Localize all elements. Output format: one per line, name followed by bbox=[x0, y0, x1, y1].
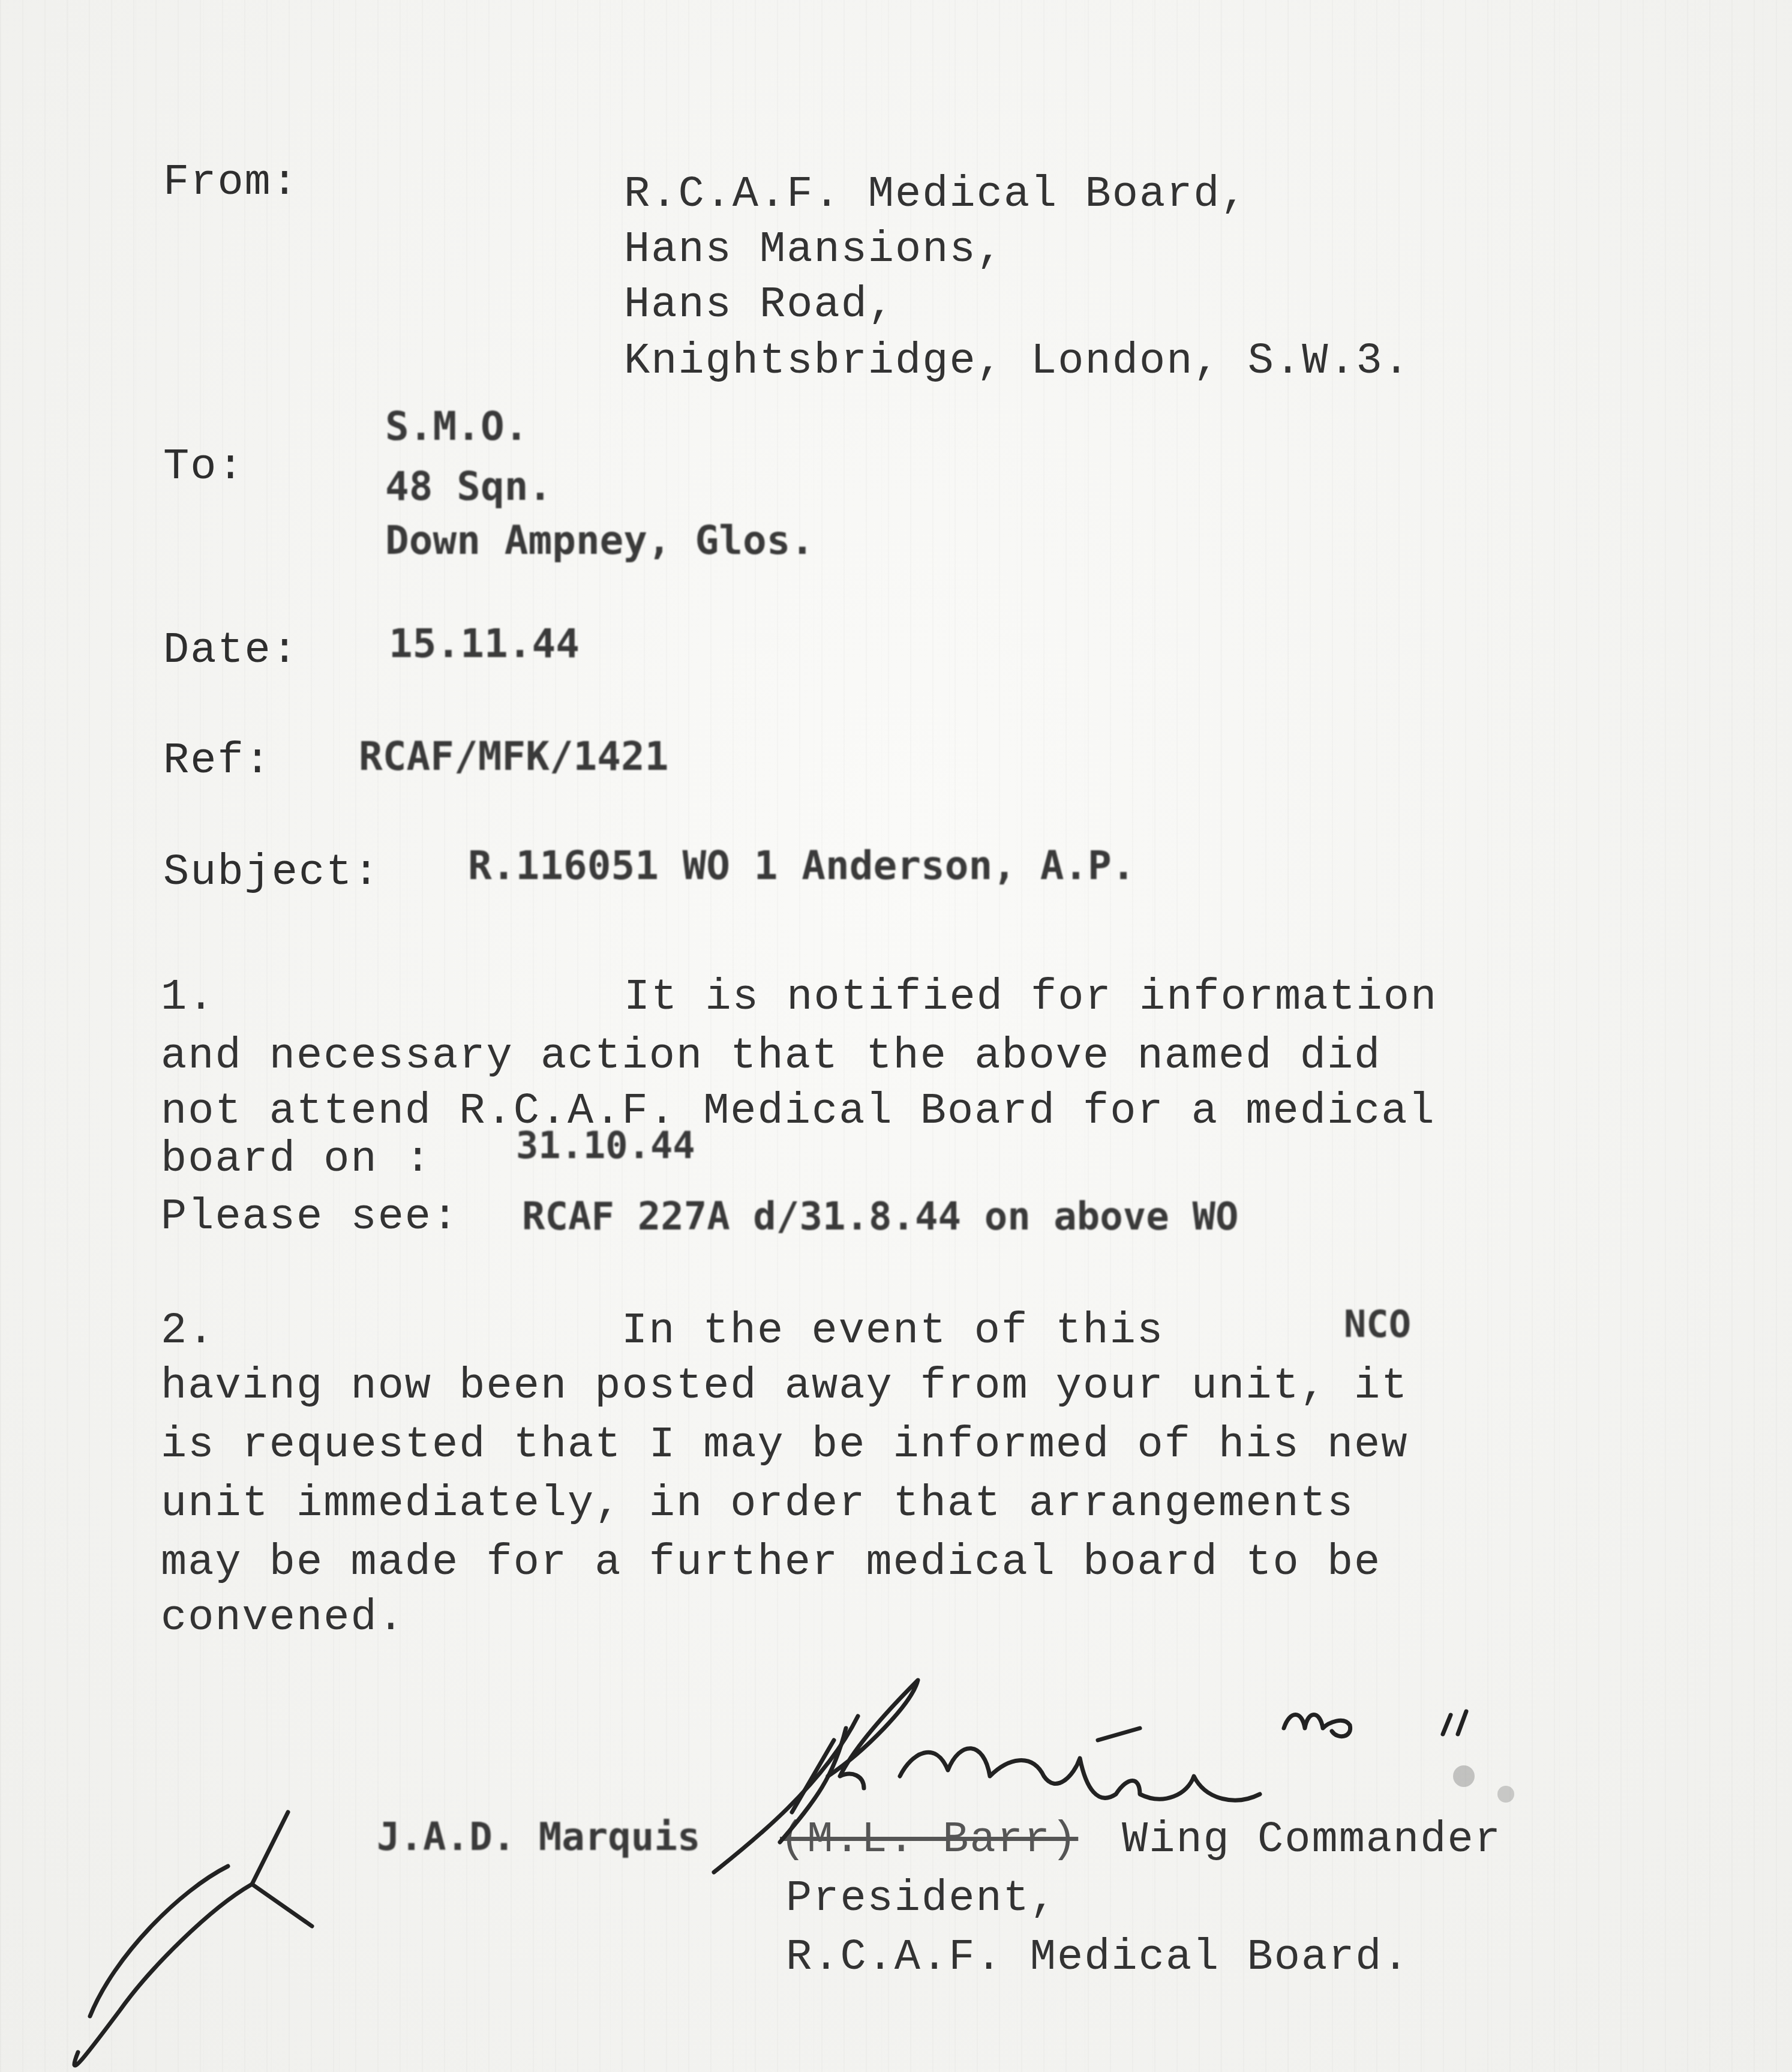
handwritten-signature-icon bbox=[0, 0, 1792, 2072]
